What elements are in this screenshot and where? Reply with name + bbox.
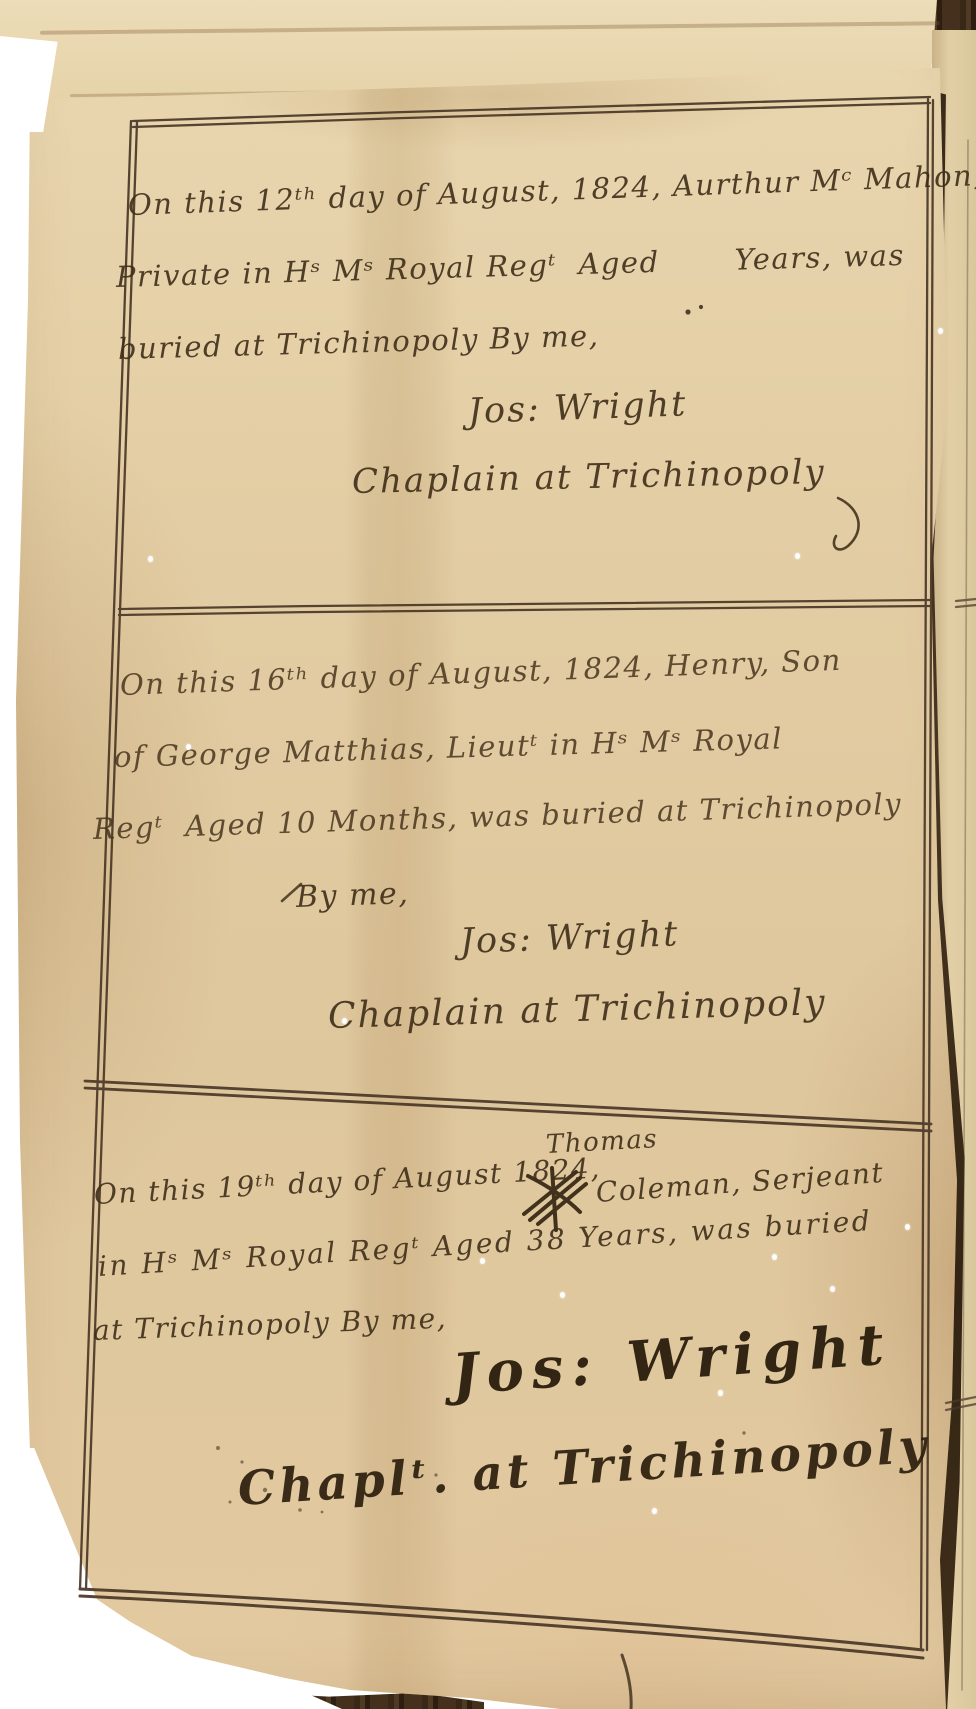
paper-hole-speck: [772, 1254, 777, 1260]
paper-hole-speck: [830, 1286, 835, 1292]
paper-hole-speck: [652, 1508, 657, 1514]
signature-flourish: [834, 498, 859, 549]
chaplain-signature: Jos: Wright: [467, 384, 688, 432]
paper-hole-speck: [938, 328, 943, 334]
entry-text-line: By me,: [295, 876, 409, 915]
paper-hole-speck: [186, 744, 191, 750]
stray-ink-stroke: [622, 1655, 631, 1709]
ink-dots: [685, 305, 703, 315]
frame-bottom-border: [80, 1589, 923, 1658]
paper-hole-speck: [342, 1018, 347, 1024]
adjacent-page-rule-stub: [946, 140, 976, 1690]
paper-hole-speck: [718, 1390, 723, 1396]
paper-hole-speck: [795, 553, 800, 559]
paper-hole-speck: [560, 1292, 565, 1298]
paper-hole-speck: [148, 556, 153, 562]
frame-top-border: [133, 97, 930, 127]
entry-divider-line-2: [85, 1081, 931, 1131]
scanned-burial-register-photo: On this 12ᵗʰ day of August, 1824, Aurthu…: [0, 0, 976, 1709]
frame-right-border: [921, 99, 933, 1650]
chaplain-signature: Jos: Wright: [459, 914, 680, 962]
paper-hole-speck: [905, 1224, 910, 1230]
paper-hole-speck: [480, 1258, 485, 1264]
entry-divider-line-1: [119, 600, 931, 615]
